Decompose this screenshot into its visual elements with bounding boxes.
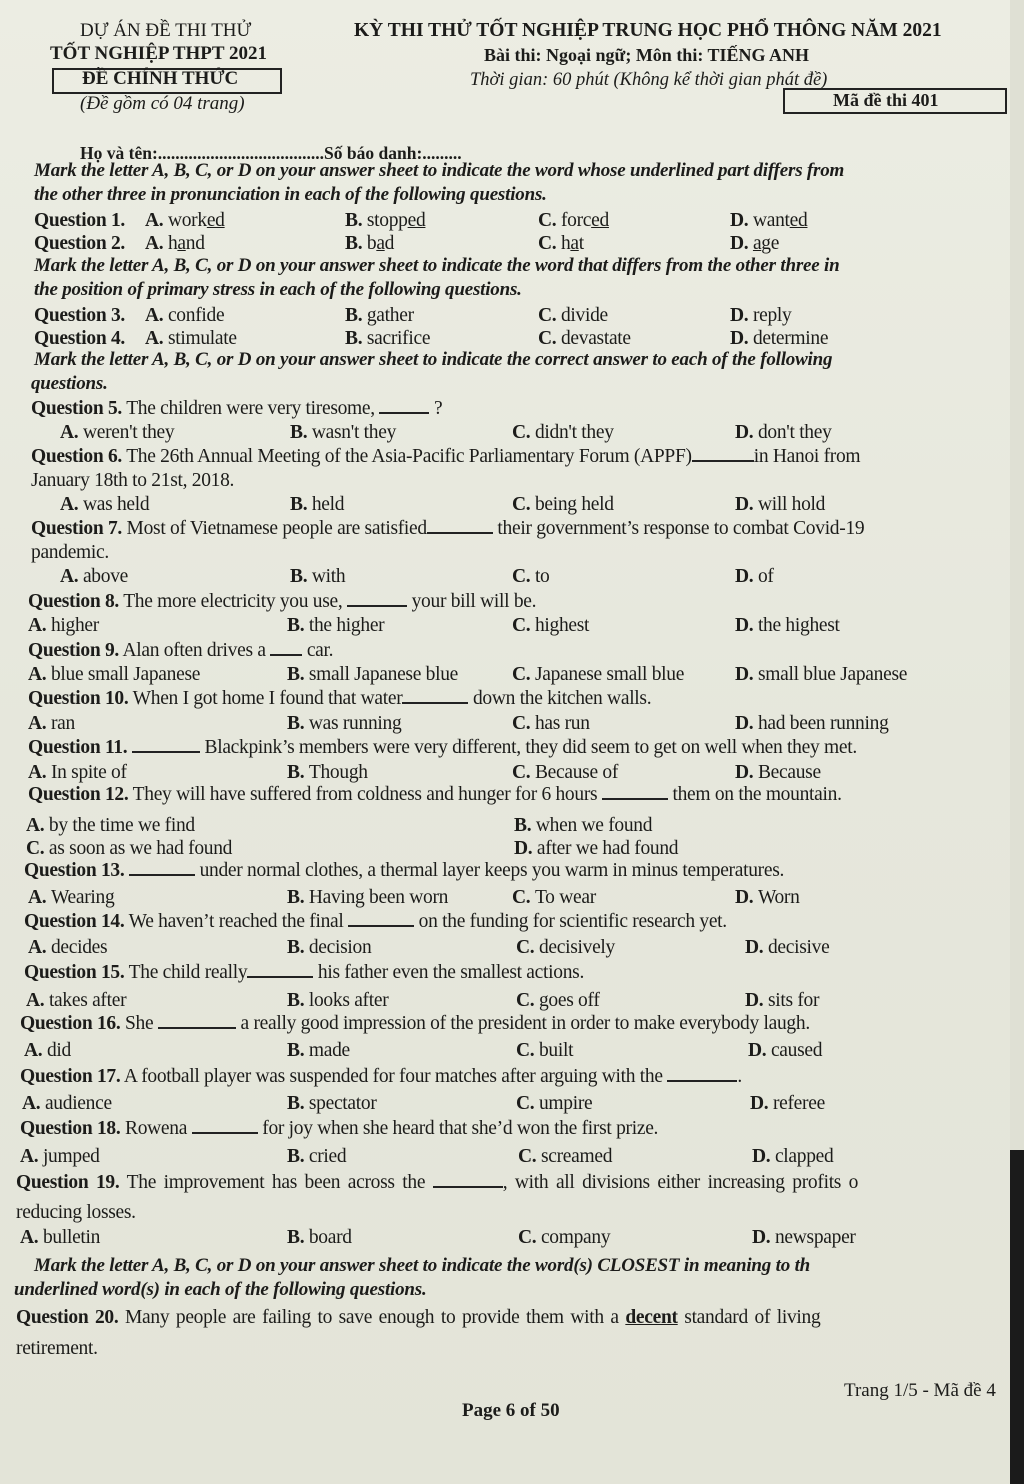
answer-option[interactable]: A. blue small Japanese (28, 664, 200, 686)
answer-option[interactable]: D. after we had found (514, 838, 678, 860)
page-shadow (1010, 1150, 1024, 1484)
question-text: for joy when she heard that she’d won th… (258, 1118, 658, 1139)
option-text: screamed (541, 1146, 612, 1167)
option-letter: A. (145, 305, 168, 326)
option-letter: B. (287, 1227, 309, 1248)
answer-option[interactable]: B. the higher (287, 615, 384, 637)
answer-option[interactable]: C. Because of (512, 762, 618, 784)
option-text: newspaper (775, 1227, 856, 1248)
question-label: Question 9. (28, 640, 119, 661)
answer-option[interactable]: C. didn't they (512, 422, 614, 444)
option-text: looks after (309, 990, 389, 1011)
option-letter: C. (512, 615, 535, 636)
answer-blank[interactable] (667, 1066, 737, 1082)
question-stem-13: Question 13. under normal clothes, a the… (24, 860, 784, 882)
option-text: small Japanese blue (309, 664, 458, 685)
option-letter: A. (28, 664, 51, 685)
answer-option[interactable]: B. bad (345, 233, 394, 255)
option-letter: D. (745, 990, 768, 1011)
option-text: spectator (309, 1093, 377, 1114)
answer-blank[interactable] (129, 860, 195, 876)
option-letter: C. (538, 305, 561, 326)
option-letter: D. (735, 664, 758, 685)
question-text: Alan often drives a (119, 640, 270, 661)
option-text: company (541, 1227, 610, 1248)
option-letter: B. (287, 990, 309, 1011)
option-text: d (385, 233, 394, 254)
question-stem-15: Question 15. The child really his father… (24, 962, 584, 984)
option-letter: C. (538, 210, 561, 231)
question-stem-cont: pandemic. (31, 542, 109, 564)
question-stem-9: Question 9. Alan often drives a car. (28, 640, 333, 662)
answer-option[interactable]: A. was held (60, 494, 149, 516)
question-label: Question 7. (31, 518, 122, 539)
answer-option[interactable]: D. wanted (730, 210, 807, 232)
option-letter: D. (735, 887, 758, 908)
question-stem-12: Question 12. They will have suffered fro… (28, 784, 842, 806)
answer-option[interactable]: A. ran (28, 713, 75, 735)
option-text: jumped (43, 1146, 100, 1167)
option-text: will hold (758, 494, 825, 515)
option-text: wasn't they (312, 422, 396, 443)
option-letter: C. (538, 328, 561, 349)
option-letter: C. (518, 1146, 541, 1167)
question-text: car. (302, 640, 333, 661)
exam-title: KỲ THI THỬ TỐT NGHIỆP TRUNG HỌC PHỔ THÔN… (354, 20, 942, 42)
option-letter: D. (750, 1093, 773, 1114)
answer-option[interactable]: C. screamed (518, 1146, 612, 1168)
option-text: to (535, 566, 550, 587)
answer-option[interactable]: C. devastate (538, 328, 631, 350)
answer-option[interactable]: D. don't they (735, 422, 832, 444)
answer-option[interactable]: C. highest (512, 615, 589, 637)
question-stem-10: Question 10. When I got home I found tha… (28, 688, 651, 710)
answer-option[interactable]: D. clapped (752, 1146, 833, 1168)
answer-option[interactable]: B. when we found (514, 815, 652, 837)
question-text: his father even the smallest actions. (313, 962, 584, 983)
option-text: stopp (367, 210, 408, 231)
option-letter: B. (287, 713, 309, 734)
option-text: by the time we find (44, 815, 195, 836)
answer-option[interactable]: D. had been running (735, 713, 889, 735)
question-stem-11: Question 11. Blackpink’s members were ve… (28, 737, 857, 759)
answer-option[interactable]: A. Wearing (28, 887, 114, 909)
answer-option[interactable]: D. age (730, 233, 779, 255)
option-text: caused (771, 1040, 822, 1061)
option-text: ran (51, 713, 75, 734)
option-text: audience (45, 1093, 112, 1114)
answer-option[interactable]: B. with (290, 566, 345, 588)
question-text: standard of living (678, 1307, 821, 1328)
question-label: Question 8. (28, 591, 119, 612)
question-stem-6: Question 6. The 26th Annual Meeting of t… (31, 446, 860, 468)
option-letter: A. (145, 210, 168, 231)
option-text: sacrifice (367, 328, 430, 349)
section-instruction: Mark the letter A, B, C, or D on your an… (34, 1255, 810, 1277)
answer-option[interactable]: A. bulletin (20, 1227, 100, 1249)
answer-option[interactable]: C. goes off (516, 990, 600, 1012)
underlined-part: ed (408, 210, 426, 231)
answer-option[interactable]: B. made (287, 1040, 350, 1062)
question-text: under normal clothes, a thermal layer ke… (195, 860, 784, 881)
official-badge: ĐỀ CHÍNH THỨC (82, 68, 238, 90)
section-instruction-cont: the other three in pronunciation in each… (34, 184, 547, 206)
option-letter: A. (28, 762, 51, 783)
option-text: decides (51, 937, 107, 958)
option-letter: D. (514, 838, 532, 859)
option-text: decision (309, 937, 372, 958)
answer-option[interactable]: C. hat (538, 233, 584, 255)
answer-option[interactable]: D. decisive (745, 937, 829, 959)
option-text: made (309, 1040, 350, 1061)
answer-option[interactable]: B. held (290, 494, 344, 516)
question-label: Question 17. (20, 1066, 120, 1087)
option-letter: D. (735, 566, 758, 587)
option-letter: D. (735, 762, 758, 783)
option-text: Japanese small blue (535, 664, 684, 685)
option-text: with (312, 566, 345, 587)
option-letter: D. (730, 210, 753, 231)
answer-blank[interactable] (347, 591, 407, 607)
answer-option[interactable]: C. to (512, 566, 550, 588)
option-text: umpire (539, 1093, 592, 1114)
option-letter: A. (145, 233, 168, 254)
answer-blank[interactable] (270, 640, 302, 656)
pages-note: (Đề gồm có 04 trang) (80, 93, 245, 115)
option-letter: B. (345, 233, 367, 254)
option-text: decisively (539, 937, 615, 958)
option-text: bulletin (43, 1227, 100, 1248)
option-letter: B. (290, 422, 312, 443)
option-letter: A. (20, 1146, 43, 1167)
answer-option[interactable]: A. weren't they (60, 422, 174, 444)
option-text: t (579, 233, 584, 254)
question-text: down the kitchen walls. (468, 688, 651, 709)
option-letter: B. (514, 815, 531, 836)
option-letter: D. (730, 328, 753, 349)
answer-option[interactable]: B. stopped (345, 210, 425, 232)
option-letter: A. (22, 1093, 45, 1114)
option-text: didn't they (535, 422, 614, 443)
underlined-word: decent (625, 1307, 677, 1328)
answer-option[interactable]: A. above (60, 566, 128, 588)
answer-option[interactable]: B. spectator (287, 1093, 377, 1115)
option-text: decisive (768, 937, 830, 958)
underlined-part: a (177, 233, 185, 254)
question-label-1: Question 1. (34, 210, 125, 232)
answer-option[interactable]: D. sits for (745, 990, 819, 1012)
option-text: ge (761, 233, 779, 254)
answer-option[interactable]: D. small blue Japanese (735, 664, 907, 686)
answer-option[interactable]: D. of (735, 566, 774, 588)
question-text: Many people are failing to save enough t… (118, 1307, 625, 1328)
option-letter: A. (26, 815, 44, 836)
answer-option[interactable]: C. umpire (516, 1093, 592, 1115)
answer-option[interactable]: B. cried (287, 1146, 346, 1168)
question-text: She (120, 1013, 158, 1034)
option-text: above (83, 566, 128, 587)
answer-option[interactable]: D. caused (748, 1040, 822, 1062)
answer-option[interactable]: C. decisively (516, 937, 615, 959)
answer-option[interactable]: B. looks after (287, 990, 388, 1012)
answer-option[interactable]: C. has run (512, 713, 590, 735)
project-subtitle: TỐT NGHIỆP THPT 2021 (50, 43, 267, 65)
answer-blank[interactable] (427, 518, 493, 534)
exam-code: Mã đề thi 401 (833, 90, 939, 111)
question-text: their government’s response to combat Co… (493, 518, 865, 539)
answer-option[interactable]: A. stimulate (145, 328, 237, 350)
option-text: cried (309, 1146, 346, 1167)
option-text: Because (758, 762, 821, 783)
answer-blank[interactable] (433, 1172, 503, 1188)
answer-option[interactable]: D. Because (735, 762, 821, 784)
answer-option[interactable]: D. referee (750, 1093, 825, 1115)
option-text: weren't they (83, 422, 174, 443)
option-text: highest (535, 615, 589, 636)
question-label-2: Question 2. (34, 233, 125, 255)
section-instruction: Mark the letter A, B, C, or D on your an… (34, 255, 840, 277)
answer-option[interactable]: A. In spite of (28, 762, 127, 784)
answer-option[interactable]: A. confide (145, 305, 224, 327)
answer-option[interactable]: C. built (516, 1040, 573, 1062)
question-stem-cont: reducing losses. (16, 1202, 136, 1224)
answer-option[interactable]: C. To wear (512, 887, 596, 909)
answer-option[interactable]: B. decision (287, 937, 371, 959)
option-letter: C. (512, 494, 535, 515)
option-letter: D. (748, 1040, 771, 1061)
option-text: was running (309, 713, 402, 734)
answer-option[interactable]: A. audience (22, 1093, 112, 1115)
option-letter: D. (752, 1227, 775, 1248)
option-text: Because of (535, 762, 618, 783)
option-letter: B. (287, 937, 309, 958)
question-label: Question 16. (20, 1013, 120, 1034)
option-text: higher (51, 615, 99, 636)
answer-option[interactable]: C. divide (538, 305, 608, 327)
option-text: Having been worn (309, 887, 448, 908)
question-stem-20: Question 20. Many people are failing to … (16, 1307, 820, 1329)
answer-option[interactable]: A. did (24, 1040, 71, 1062)
option-text: did (47, 1040, 71, 1061)
page-number: Page 6 of 50 (462, 1400, 560, 1422)
option-letter: A. (145, 328, 168, 349)
question-stem-17: Question 17. A football player was suspe… (20, 1066, 742, 1088)
option-letter: A. (28, 887, 51, 908)
question-stem-8: Question 8. The more electricity you use… (28, 591, 536, 613)
option-text: h (168, 233, 177, 254)
question-stem-cont: retirement. (16, 1338, 98, 1360)
answer-option[interactable]: D. determine (730, 328, 828, 350)
option-text: Worn (758, 887, 800, 908)
option-letter: D. (735, 422, 758, 443)
option-text: goes off (539, 990, 600, 1011)
question-text: a really good impression of the presiden… (236, 1013, 810, 1034)
option-text: In spite of (51, 762, 127, 783)
option-text: gather (367, 305, 414, 326)
option-letter: C. (538, 233, 561, 254)
question-label: Question 20. (16, 1307, 118, 1328)
answer-blank[interactable] (402, 688, 468, 704)
answer-blank[interactable] (602, 784, 668, 800)
option-letter: B. (287, 1093, 309, 1114)
option-letter: A. (28, 615, 51, 636)
answer-option[interactable]: A. takes after (26, 990, 126, 1012)
section-instruction-cont: the position of primary stress in each o… (34, 279, 522, 301)
answer-option[interactable]: C. as soon as we had found (26, 838, 232, 860)
answer-option[interactable]: C. being held (512, 494, 614, 516)
option-text: had been running (758, 713, 889, 734)
answer-option[interactable]: D. Worn (735, 887, 800, 909)
answer-option[interactable]: D. will hold (735, 494, 825, 516)
answer-option[interactable]: A. higher (28, 615, 99, 637)
page-edge (1010, 0, 1024, 1150)
option-text: h (561, 233, 570, 254)
option-letter: A. (60, 422, 83, 443)
answer-blank[interactable] (132, 737, 200, 753)
option-text: takes after (49, 990, 126, 1011)
question-label-4: Question 4. (34, 328, 125, 350)
option-letter: D. (752, 1146, 775, 1167)
question-label: Question 1. (34, 210, 125, 231)
answer-option[interactable]: C. Japanese small blue (512, 664, 684, 686)
answer-option[interactable]: B. small Japanese blue (287, 664, 458, 686)
option-letter: D. (745, 937, 768, 958)
option-text: built (539, 1040, 573, 1061)
question-text: , with all divisions either increasing p… (503, 1172, 858, 1193)
option-letter: D. (730, 233, 753, 254)
option-letter: C. (516, 937, 539, 958)
question-text: your bill will be. (407, 591, 536, 612)
option-text: as soon as we had found (44, 838, 232, 859)
question-stem-5: Question 5. The children were very tires… (31, 398, 442, 420)
option-text: nd (186, 233, 205, 254)
answer-option[interactable]: A. by the time we find (26, 815, 195, 837)
answer-blank[interactable] (158, 1013, 236, 1029)
answer-blank[interactable] (348, 911, 414, 927)
question-text: Rowena (120, 1118, 191, 1139)
underlined-part: ed (591, 210, 609, 231)
answer-option[interactable]: D. reply (730, 305, 792, 327)
question-text: Most of Vietnamese people are satisfied (122, 518, 427, 539)
option-text: the highest (758, 615, 840, 636)
option-letter: C. (512, 422, 535, 443)
question-stem-cont: January 18th to 21st, 2018. (31, 470, 234, 492)
question-label: Question 3. (34, 305, 125, 326)
option-letter: C. (516, 1040, 539, 1061)
option-letter: C. (512, 713, 535, 734)
question-label: Question 13. (24, 860, 124, 881)
question-label-3: Question 3. (34, 305, 125, 327)
question-label: Question 12. (28, 784, 128, 805)
option-letter: C. (26, 838, 44, 859)
option-letter: B. (345, 328, 367, 349)
underlined-part: a (570, 233, 578, 254)
question-stem-16: Question 16. She a really good impressio… (20, 1013, 810, 1035)
page-code-footer: Trang 1/5 - Mã đề 4 (844, 1380, 996, 1402)
option-letter: A. (60, 494, 83, 515)
option-text: clapped (775, 1146, 834, 1167)
question-label: Question 5. (31, 398, 122, 419)
option-letter: B. (287, 762, 309, 783)
answer-blank[interactable] (692, 446, 754, 462)
question-text: A football player was suspended for four… (120, 1066, 667, 1087)
question-stem-19: Question 19. The improvement has been ac… (16, 1172, 858, 1194)
answer-option[interactable]: D. newspaper (752, 1227, 856, 1249)
option-text: the higher (309, 615, 385, 636)
underlined-part: a (376, 233, 384, 254)
option-text: divide (561, 305, 608, 326)
option-text: want (753, 210, 790, 231)
answer-option[interactable]: C. company (518, 1227, 610, 1249)
option-text: b (367, 233, 376, 254)
option-letter: B. (287, 664, 309, 685)
option-letter: C. (512, 887, 535, 908)
option-letter: D. (735, 615, 758, 636)
option-letter: B. (287, 1146, 309, 1167)
answer-option[interactable]: B. Having been worn (287, 887, 448, 909)
answer-option[interactable]: C. forced (538, 210, 609, 232)
exam-subject: Bài thi: Ngoại ngữ; Môn thi: TIẾNG ANH (484, 45, 809, 66)
section-instruction-cont: questions. (31, 373, 108, 395)
answer-option[interactable]: B. board (287, 1227, 352, 1249)
answer-option[interactable]: B. Though (287, 762, 368, 784)
option-text: was held (83, 494, 149, 515)
answer-option[interactable]: A. jumped (20, 1146, 100, 1168)
option-letter: B. (290, 566, 312, 587)
option-letter: D. (735, 713, 758, 734)
answer-option[interactable]: A. worked (145, 210, 225, 232)
question-label: Question 18. (20, 1118, 120, 1139)
answer-blank[interactable] (247, 962, 313, 978)
answer-option[interactable]: B. gather (345, 305, 414, 327)
option-letter: B. (290, 494, 312, 515)
question-text: . (737, 1066, 742, 1087)
question-text: The more electricity you use, (119, 591, 347, 612)
answer-option[interactable]: A. hand (145, 233, 205, 255)
answer-option[interactable]: A. decides (28, 937, 107, 959)
option-text: being held (535, 494, 614, 515)
underlined-part: ed (207, 210, 225, 231)
option-letter: D. (730, 305, 753, 326)
answer-blank[interactable] (379, 398, 429, 414)
option-text: stimulate (168, 328, 237, 349)
answer-blank[interactable] (192, 1118, 258, 1134)
answer-option[interactable]: B. sacrifice (345, 328, 430, 350)
option-text: after we had found (532, 838, 678, 859)
option-text: has run (535, 713, 590, 734)
option-text: board (309, 1227, 352, 1248)
option-text: blue small Japanese (51, 664, 200, 685)
question-text: ? (429, 398, 442, 419)
option-text: sits for (768, 990, 819, 1011)
option-text: don't they (758, 422, 832, 443)
option-letter: C. (516, 990, 539, 1011)
question-label: Question 2. (34, 233, 125, 254)
answer-option[interactable]: B. was running (287, 713, 401, 735)
option-letter: A. (26, 990, 49, 1011)
answer-option[interactable]: D. the highest (735, 615, 840, 637)
question-text: The children were very tiresome, (122, 398, 379, 419)
question-label: Question 4. (34, 328, 125, 349)
section-instruction: Mark the letter A, B, C, or D on your an… (34, 160, 844, 182)
question-stem-7: Question 7. Most of Vietnamese people ar… (31, 518, 864, 540)
option-letter: C. (512, 664, 535, 685)
option-text: To wear (535, 887, 596, 908)
question-label: Question 10. (28, 688, 128, 709)
option-letter: B. (287, 887, 309, 908)
option-letter: C. (512, 566, 535, 587)
answer-option[interactable]: B. wasn't they (290, 422, 396, 444)
